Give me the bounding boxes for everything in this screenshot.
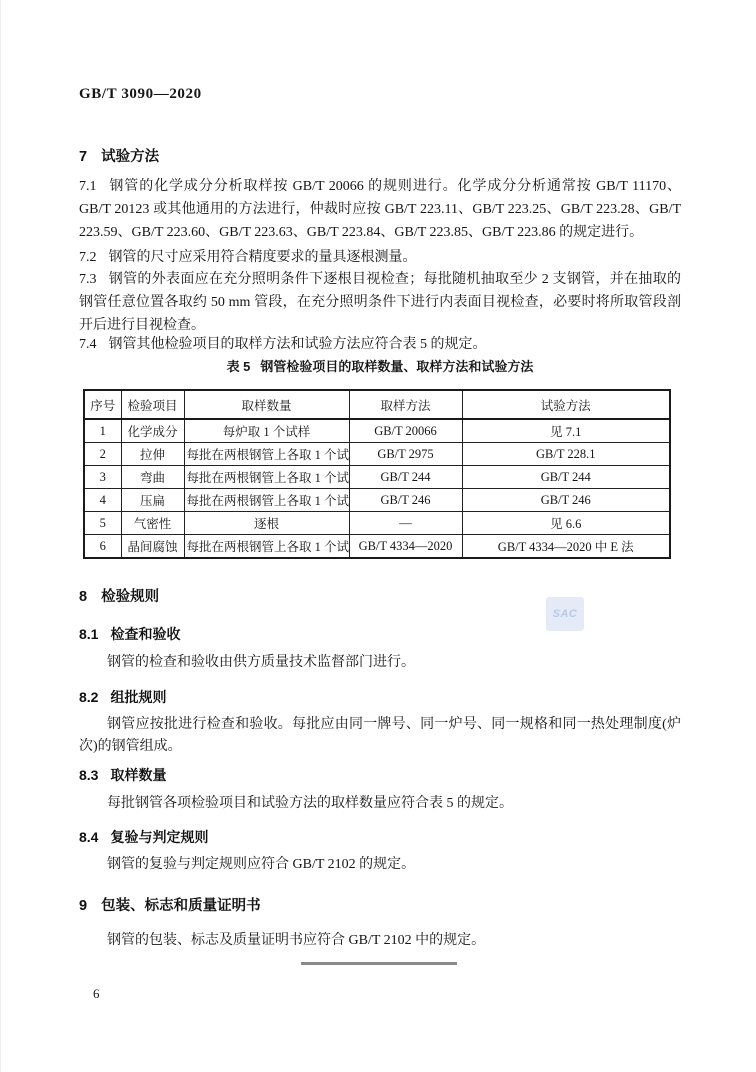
table-5-caption-number: 表 5	[227, 359, 251, 374]
subsection-8-3-body: 每批钢管各项检验项目和试验方法的取样数量应符合表 5 的规定。	[79, 793, 681, 815]
clause-7-2-text: 钢管的尺寸应采用符合精度要求的量具逐根测量。	[109, 250, 417, 265]
table-cell: 4	[84, 489, 121, 512]
doc-code: GB/T 3090—2020	[79, 86, 202, 103]
clause-7-1-number: 7.1	[79, 179, 97, 194]
subsection-8-3-title: 取样数量	[110, 767, 166, 783]
table-cell: GB/T 228.1	[462, 443, 670, 466]
clause-7-2: 7.2钢管的尺寸应采用符合精度要求的量具逐根测量。	[79, 246, 681, 269]
table-cell: 每批在两根钢管上各取 1 个试样	[184, 443, 349, 466]
subsection-8-4-heading: 8.4复验与判定规则	[79, 827, 681, 847]
sac-watermark-label: SAC	[553, 608, 578, 620]
clause-7-1: 7.1钢管的化学成分分析取样按 GB/T 20066 的规则进行。化学成分分析通…	[79, 175, 681, 244]
clause-7-4-number: 7.4	[79, 337, 97, 352]
table-cell: 每炉取 1 个试样	[184, 419, 349, 443]
table-cell: 见 6.6	[462, 512, 670, 535]
subsection-8-4-number: 8.4	[79, 829, 98, 845]
table-cell: 逐根	[184, 512, 349, 535]
table-cell: —	[349, 512, 462, 535]
subsection-8-2-number: 8.2	[79, 689, 98, 705]
table-cell: 晶间腐蚀	[121, 535, 184, 559]
table-cell: 化学成分	[121, 419, 184, 443]
table-5-caption: 表 5钢管检验项目的取样数量、取样方法和试验方法	[79, 356, 681, 375]
section-9-heading: 9包装、标志和质量证明书	[79, 894, 681, 915]
scan-artifact-line	[301, 962, 457, 965]
table-cell: GB/T 244	[349, 466, 462, 489]
table-cell: 见 7.1	[462, 419, 670, 443]
table-header-cell: 取样数量	[184, 390, 349, 419]
table-cell: GB/T 20066	[349, 419, 462, 443]
table-cell: 3	[84, 466, 121, 489]
section-9-number: 9	[79, 898, 87, 914]
subsection-8-1-number: 8.1	[79, 626, 98, 642]
section-8-number: 8	[79, 589, 87, 605]
table-row: 3 弯曲 每批在两根钢管上各取 1 个试样 GB/T 244 GB/T 244	[84, 466, 670, 489]
table-cell: GB/T 246	[462, 489, 670, 512]
section-8-title: 检验规则	[101, 589, 159, 605]
table-header-cell: 试验方法	[462, 390, 670, 419]
table-cell: 5	[84, 512, 121, 535]
section-7-title: 试验方法	[101, 149, 159, 165]
subsection-8-1-body: 钢管的检查和验收由供方质量技术监督部门进行。	[79, 652, 681, 674]
table-cell: GB/T 246	[349, 489, 462, 512]
table-cell: 每批在两根钢管上各取 1 个试样	[184, 535, 349, 559]
clause-7-3-text: 钢管的外表面应在充分照明条件下逐根目视检查；每批随机抽取至少 2 支钢管，并在抽…	[79, 272, 681, 333]
clause-7-3: 7.3钢管的外表面应在充分照明条件下逐根目视检查；每批随机抽取至少 2 支钢管，…	[79, 268, 681, 337]
table-cell: GB/T 244	[462, 466, 670, 489]
page-number: 6	[93, 986, 100, 1002]
subsection-8-2-heading: 8.2组批规则	[79, 687, 681, 707]
subsection-8-4-body: 钢管的复验与判定规则应符合 GB/T 2102 的规定。	[79, 854, 681, 876]
section-8-heading: 8检验规则	[79, 585, 681, 606]
table-row: 5 气密性 逐根 — 见 6.6	[84, 512, 670, 535]
table-header-cell: 序号	[84, 390, 121, 419]
section-7-number: 7	[79, 149, 87, 165]
subsection-8-2-body: 钢管应按批进行检查和验收。每批应由同一牌号、同一炉号、同一规格和同一热处理制度(…	[79, 714, 681, 758]
table-cell: GB/T 4334—2020	[349, 535, 462, 559]
table-row: 1 化学成分 每炉取 1 个试样 GB/T 20066 见 7.1	[84, 419, 670, 443]
table-cell: 压扁	[121, 489, 184, 512]
table-5: 序号 检验项目 取样数量 取样方法 试验方法 1 化学成分 每炉取 1 个试样 …	[83, 389, 671, 559]
subsection-8-1-heading: 8.1检查和验收	[79, 624, 681, 644]
table-cell: 每批在两根钢管上各取 1 个试样	[184, 466, 349, 489]
clause-7-2-number: 7.2	[79, 250, 97, 265]
table-cell: 气密性	[121, 512, 184, 535]
subsection-8-1-title: 检查和验收	[110, 626, 180, 642]
table-row: 4 压扁 每批在两根钢管上各取 1 个试样 GB/T 246 GB/T 246	[84, 489, 670, 512]
section-7-heading: 7试验方法	[79, 145, 681, 166]
clause-7-4-text: 钢管其他检验项目的取样方法和试验方法应符合表 5 的规定。	[109, 337, 487, 352]
table-5-caption-title: 钢管检验项目的取样数量、取样方法和试验方法	[260, 359, 533, 374]
table-header-cell: 检验项目	[121, 390, 184, 419]
section-9-body: 钢管的包装、标志及质量证明书应符合 GB/T 2102 中的规定。	[79, 930, 681, 952]
clause-7-3-number: 7.3	[79, 272, 97, 287]
clause-7-4: 7.4钢管其他检验项目的取样方法和试验方法应符合表 5 的规定。	[79, 333, 681, 356]
subsection-8-3-number: 8.3	[79, 767, 98, 783]
subsection-8-3-heading: 8.3取样数量	[79, 765, 681, 785]
table-header-cell: 取样方法	[349, 390, 462, 419]
table-cell: 1	[84, 419, 121, 443]
subsection-8-4-title: 复验与判定规则	[110, 829, 208, 845]
table-cell: 弯曲	[121, 466, 184, 489]
table-cell: GB/T 2975	[349, 443, 462, 466]
table-cell: 6	[84, 535, 121, 559]
table-row: 6 晶间腐蚀 每批在两根钢管上各取 1 个试样 GB/T 4334—2020 G…	[84, 535, 670, 559]
table-cell: 2	[84, 443, 121, 466]
table-cell: GB/T 4334—2020 中 E 法	[462, 535, 670, 559]
document-page: GB/T 3090—2020 7试验方法 7.1钢管的化学成分分析取样按 GB/…	[0, 0, 756, 1072]
table-cell: 拉伸	[121, 443, 184, 466]
clause-7-1-text: 钢管的化学成分分析取样按 GB/T 20066 的规则进行。化学成分分析通常按 …	[79, 179, 681, 240]
subsection-8-2-title: 组批规则	[110, 689, 166, 705]
table-cell: 每批在两根钢管上各取 1 个试样	[184, 489, 349, 512]
table-row: 2 拉伸 每批在两根钢管上各取 1 个试样 GB/T 2975 GB/T 228…	[84, 443, 670, 466]
table-header-row: 序号 检验项目 取样数量 取样方法 试验方法	[84, 390, 670, 419]
section-9-title: 包装、标志和质量证明书	[101, 898, 261, 914]
